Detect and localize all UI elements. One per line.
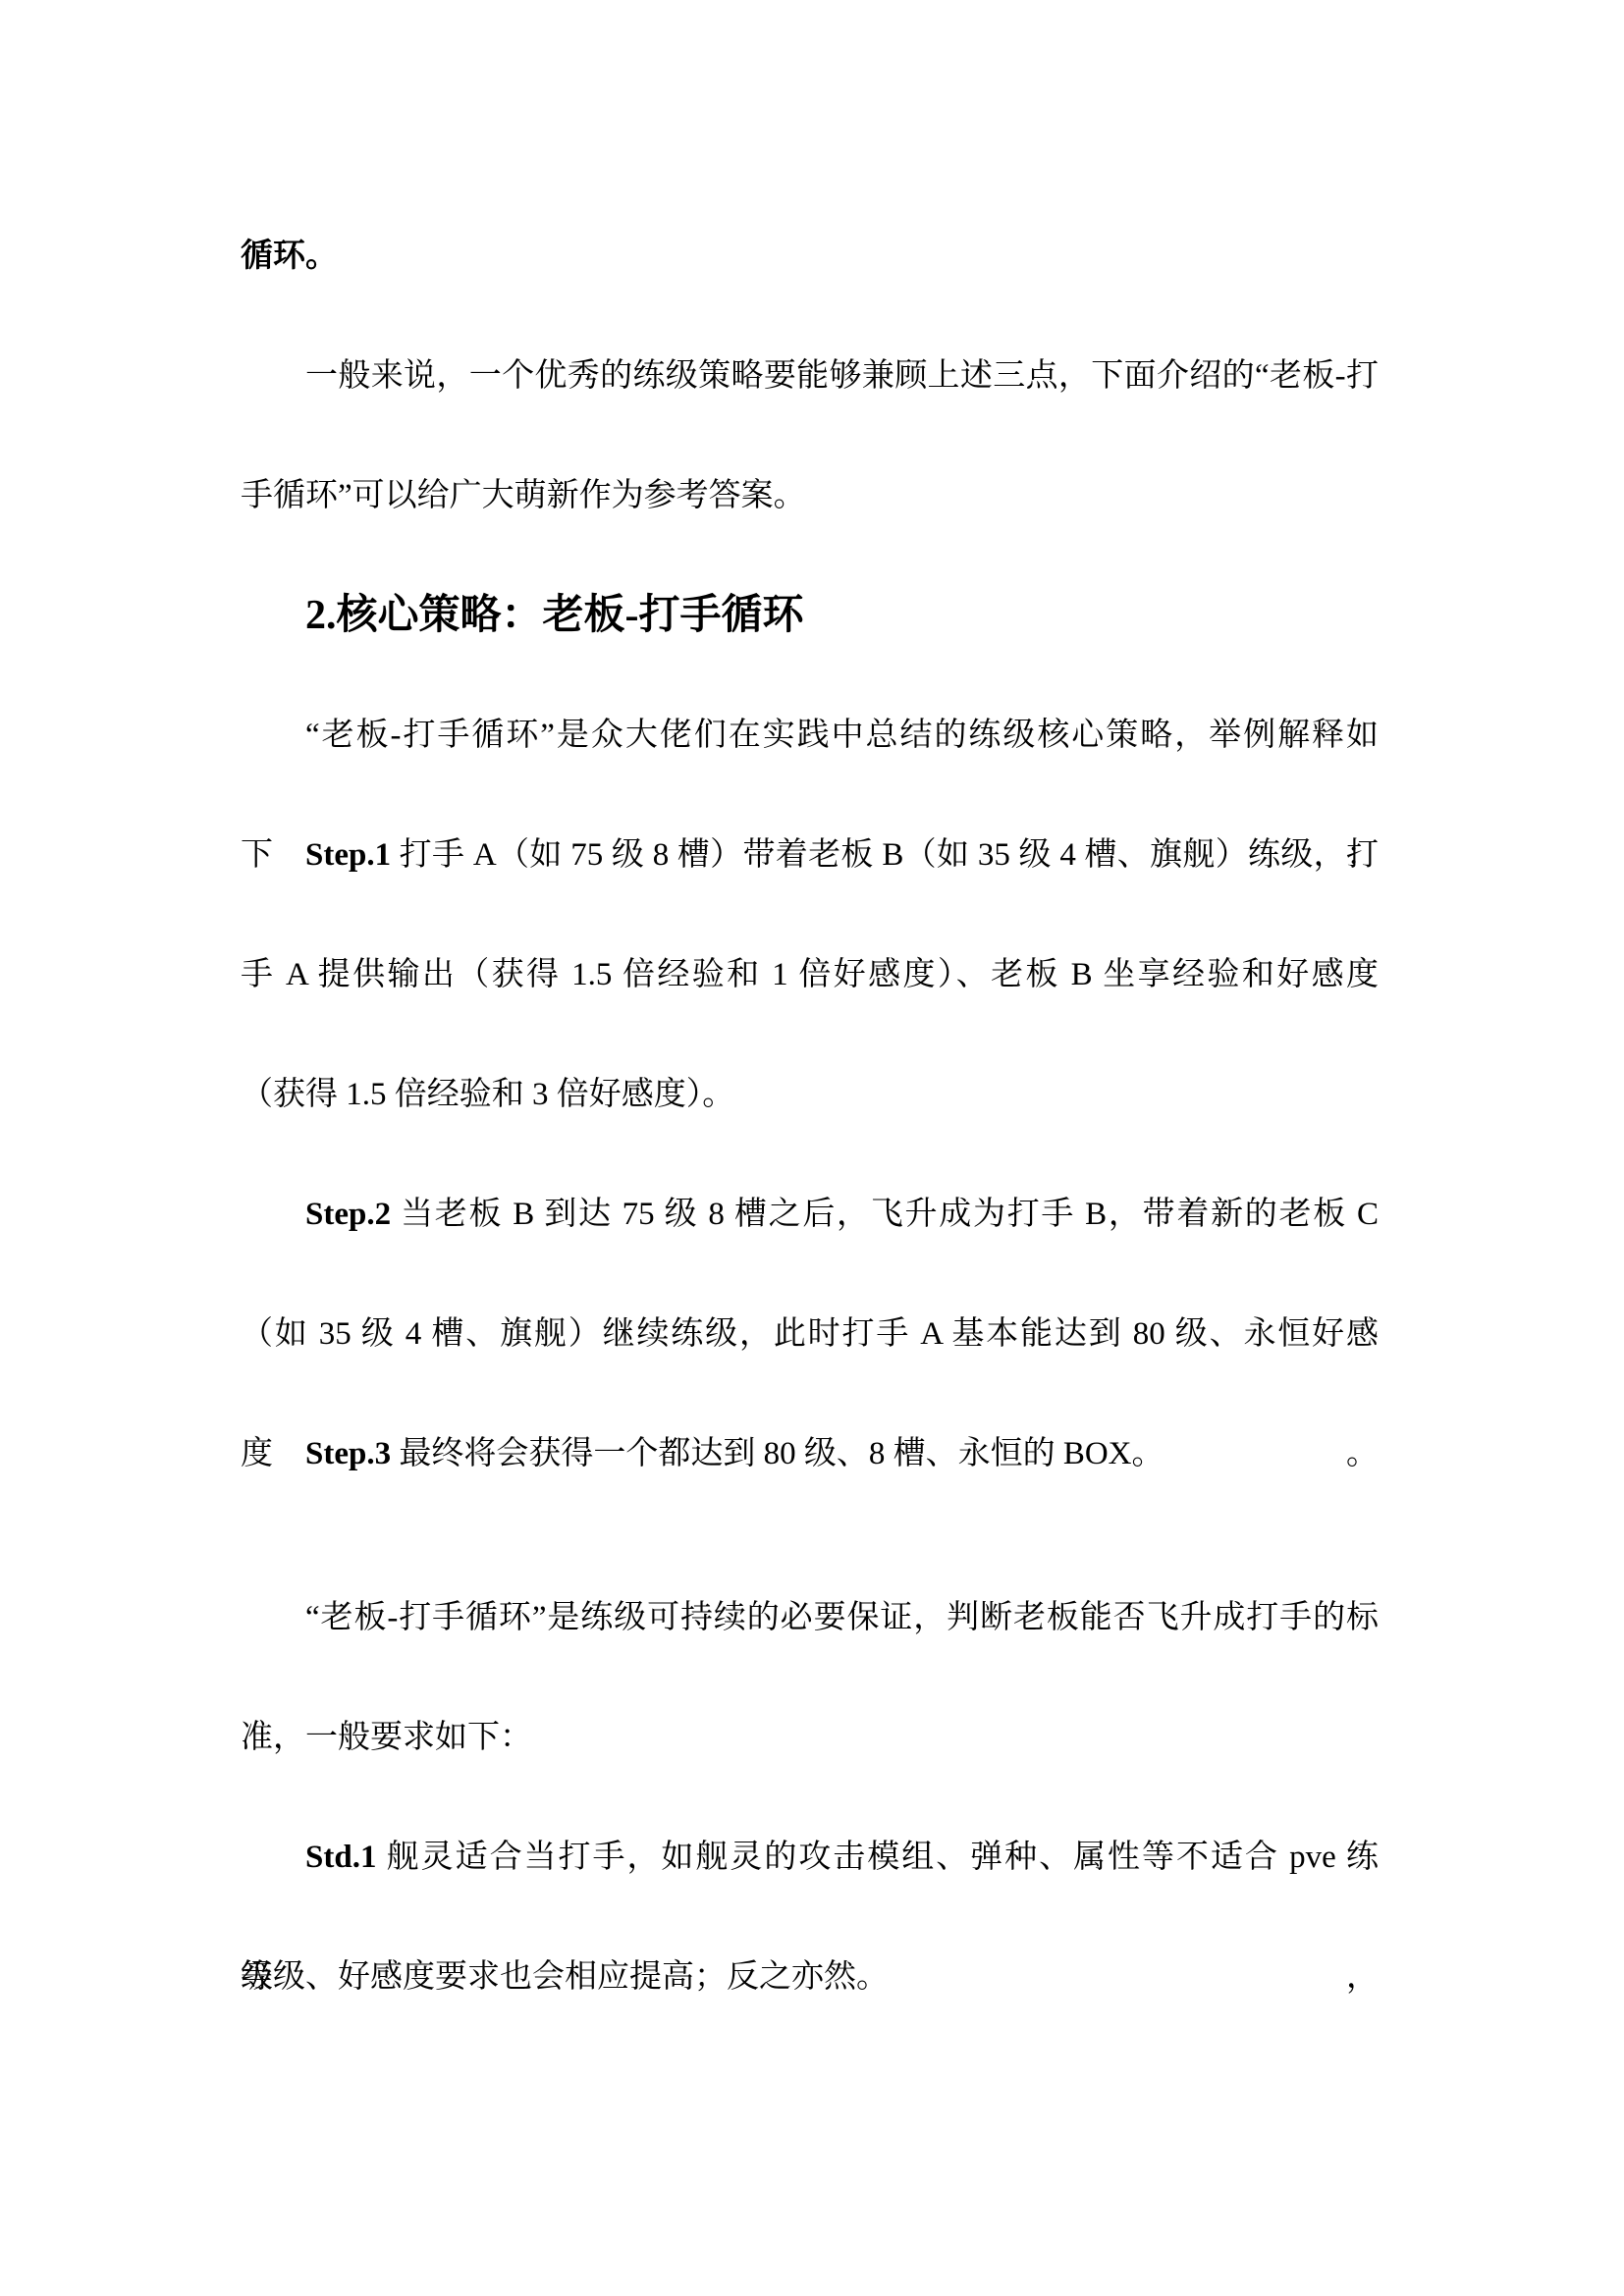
strategy-intro-line: “老板-打手循环”是众大佬们在实践中总结的练级核心策略，举例解释如下： — [241, 675, 1379, 795]
section-heading: 2.核心策略：老板-打手循环 — [241, 556, 1379, 675]
page-background: 循环。 一般来说，一个优秀的练级策略要能够兼顾上述三点，下面介绍的“老板-打 手… — [0, 0, 1624, 2296]
intro-paragraph-line-1: 一般来说，一个优秀的练级策略要能够兼顾上述三点，下面介绍的“老板-打 — [241, 316, 1379, 436]
step2-paragraph-line-1: Step.2 当老板 B 到达 75 级 8 槽之后，飞升成为打手 B，带着新的… — [241, 1154, 1379, 1274]
document-body: 循环。 一般来说，一个优秀的练级策略要能够兼顾上述三点，下面介绍的“老板-打 手… — [241, 196, 1379, 2037]
intro-paragraph-line-2: 手循环”可以给广大萌新作为参考答案。 — [241, 436, 1379, 556]
line-text: 等级、好感度要求也会相应提高；反之亦然。 — [241, 1959, 889, 1995]
step1-label: Step.1 — [305, 837, 391, 873]
line-text: 手 A 提供输出（获得 1.5 倍经验和 1 倍好感度）、老板 B 坐享经验和好… — [241, 957, 1379, 992]
line-text: 准，一般要求如下： — [241, 1720, 532, 1755]
step3-label: Step.3 — [305, 1436, 391, 1471]
std1-label: Std.1 — [305, 1840, 376, 1875]
line-text: 打手 A（如 75 级 8 槽）带着老板 B（如 35 级 4 槽、旗舰）练级，… — [391, 837, 1379, 873]
line-prefix: 循环。 — [241, 239, 338, 274]
std1-paragraph-line-1: Std.1 舰灵适合当打手，如舰灵的攻击模组、弹种、属性等不适合 pve 练级， — [241, 1797, 1379, 1917]
step2-label: Step.2 — [305, 1197, 391, 1232]
line-text: （获得 1.5 倍经验和 3 倍好感度）。 — [241, 1077, 734, 1112]
step1-paragraph-line-2: 手 A 提供输出（获得 1.5 倍经验和 1 倍好感度）、老板 B 坐享经验和好… — [241, 915, 1379, 1035]
paragraph-continuation-line: 循环。 — [241, 196, 1379, 316]
step1-paragraph-line-3: （获得 1.5 倍经验和 3 倍好感度）。 — [241, 1035, 1379, 1154]
line-text: 手循环”可以给广大萌新作为参考答案。 — [241, 478, 806, 513]
line-text: 当老板 B 到达 75 级 8 槽之后，飞升成为打手 B，带着新的老板 C — [391, 1197, 1379, 1232]
line-text: 最终将会获得一个都达到 80 级、8 槽、永恒的 BOX。 — [391, 1436, 1164, 1471]
document-page: { "page": { "background_color": "#ffffff… — [0, 0, 1624, 2296]
criteria-paragraph-line-1: “老板-打手循环”是练级可持续的必要保证，判断老板能否飞升成打手的标 — [241, 1558, 1379, 1678]
step1-paragraph-line-1: Step.1 打手 A（如 75 级 8 槽）带着老板 B（如 35 级 4 槽… — [241, 795, 1379, 915]
criteria-paragraph-line-2: 准，一般要求如下： — [241, 1678, 1379, 1797]
heading-text: 2.核心策略：老板-打手循环 — [305, 593, 804, 638]
step2-paragraph-line-2: （如 35 级 4 槽、旗舰）继续练级，此时打手 A 基本能达到 80 级、永恒… — [241, 1274, 1379, 1394]
line-text: 一般来说，一个优秀的练级策略要能够兼顾上述三点，下面介绍的“老板-打 — [305, 358, 1379, 394]
line-text: “老板-打手循环”是练级可持续的必要保证，判断老板能否飞升成打手的标 — [305, 1600, 1379, 1635]
